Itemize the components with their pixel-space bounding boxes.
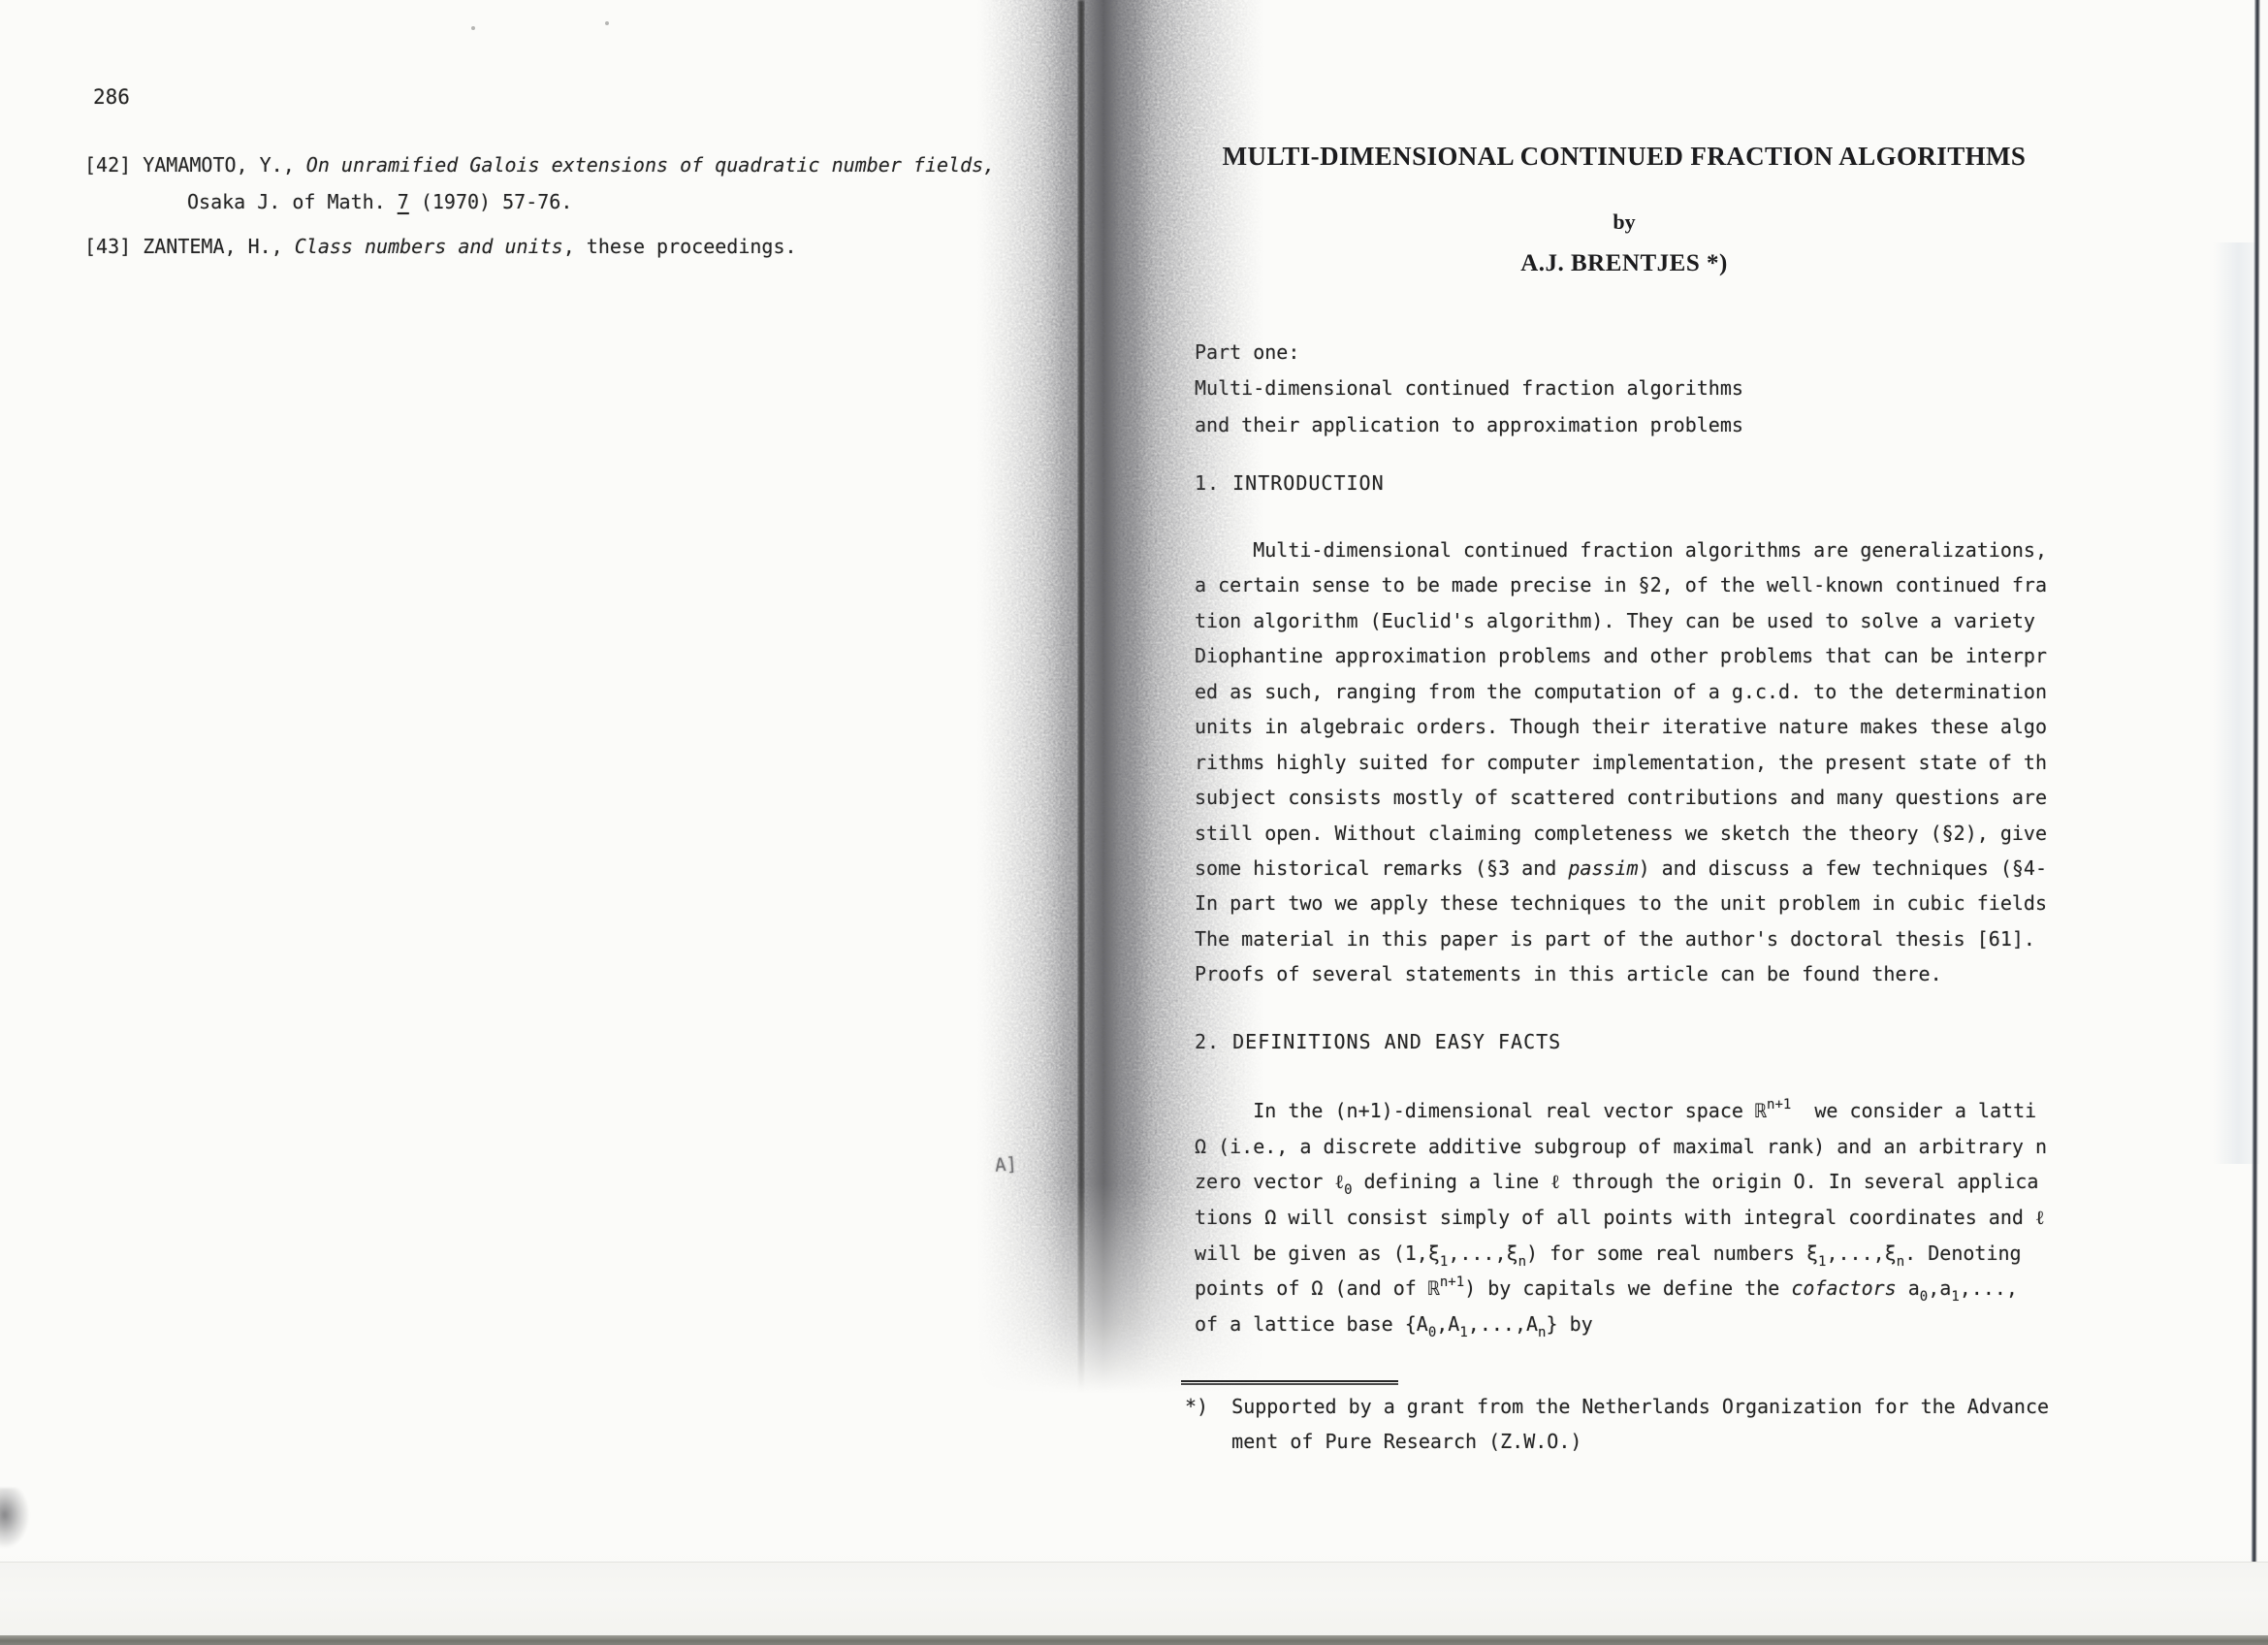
author-name: A.J. BRENTJES *) bbox=[1193, 250, 2056, 277]
section-2-heading: 2. DEFINITIONS AND EASY FACTS bbox=[1195, 1028, 1561, 1055]
text-line: Ω (i.e., a discrete additive subgroup of… bbox=[1195, 1129, 2060, 1165]
paper-title: MULTI-DIMENSIONAL CONTINUED FRACTION ALG… bbox=[1193, 142, 2056, 172]
text-line: points of Ω (and of ℝn+1) by capitals we… bbox=[1195, 1271, 2060, 1306]
text-line: Multi-dimensional continued fraction alg… bbox=[1195, 532, 2060, 567]
text-line: of a lattice base {A0,A1,...,An} by bbox=[1195, 1306, 2060, 1342]
text-line: tion algorithm (Euclid's algorithm). The… bbox=[1195, 603, 2060, 638]
text-line: a certain sense to be made precise in §2… bbox=[1195, 567, 2060, 602]
part-one-heading: Part one:Multi-dimensional continued fra… bbox=[1195, 335, 1743, 443]
text-line: *) Supported by a grant from the Netherl… bbox=[1185, 1389, 2062, 1424]
text-line: Part one: bbox=[1195, 335, 1743, 371]
text-line: still open. Without claiming completenes… bbox=[1195, 816, 2060, 851]
reference-42: [42] YAMAMOTO, Y., On unramified Galois … bbox=[84, 153, 995, 177]
text-line: rithms highly suited for computer implem… bbox=[1195, 745, 2060, 780]
corner-smudge bbox=[0, 1488, 29, 1548]
scan-speck bbox=[605, 21, 609, 25]
text-line: subject consists mostly of scattered con… bbox=[1195, 780, 2060, 815]
text-line: Proofs of several statements in this art… bbox=[1195, 956, 2060, 991]
footnote-rule bbox=[1181, 1380, 1398, 1385]
section-1-heading: 1. INTRODUCTION bbox=[1195, 469, 1385, 497]
text-line: The material in this paper is part of th… bbox=[1195, 921, 2060, 956]
footnote: *) Supported by a grant from the Netherl… bbox=[1185, 1389, 2062, 1459]
text-line: tions Ω will consist simply of all point… bbox=[1195, 1200, 2060, 1236]
scanner-bed-edge bbox=[0, 1635, 2268, 1645]
page-number: 286 bbox=[93, 85, 130, 109]
reference-42-continuation: Osaka J. of Math. 7 (1970) 57-76. bbox=[187, 190, 572, 213]
text-line: In part two we apply these techniques to… bbox=[1195, 886, 2060, 920]
scanner-bed-bottom bbox=[0, 1562, 2268, 1645]
text-line: ed as such, ranging from the computation… bbox=[1195, 674, 2060, 709]
definitions-paragraph: In the (n+1)-dimensional real vector spa… bbox=[1195, 1093, 2060, 1342]
text-line: and their application to approximation p… bbox=[1195, 407, 1743, 443]
text-line: will be given as (1,ξ1,...,ξn) for some … bbox=[1195, 1236, 2060, 1272]
scan-speck bbox=[471, 26, 475, 30]
text-line: units in algebraic orders. Though their … bbox=[1195, 709, 2060, 744]
text-line: Diophantine approximation problems and o… bbox=[1195, 638, 2060, 673]
bleed-through-mark: A] bbox=[994, 1153, 1017, 1177]
text-line: some historical remarks (§3 and passim) … bbox=[1195, 851, 2060, 886]
text-line: ment of Pure Research (Z.W.O.) bbox=[1185, 1424, 2062, 1459]
text-line: Multi-dimensional continued fraction alg… bbox=[1195, 371, 1743, 406]
introduction-paragraph: Multi-dimensional continued fraction alg… bbox=[1195, 532, 2060, 992]
scanned-book-spread: 286 [42] YAMAMOTO, Y., On unramified Gal… bbox=[0, 0, 2268, 1645]
text-line: In the (n+1)-dimensional real vector spa… bbox=[1195, 1093, 2060, 1129]
byline: by bbox=[1193, 210, 2056, 235]
reference-43: [43] ZANTEMA, H., Class numbers and unit… bbox=[84, 235, 797, 258]
text-line: zero vector ℓ0 defining a line ℓ through… bbox=[1195, 1164, 2060, 1200]
